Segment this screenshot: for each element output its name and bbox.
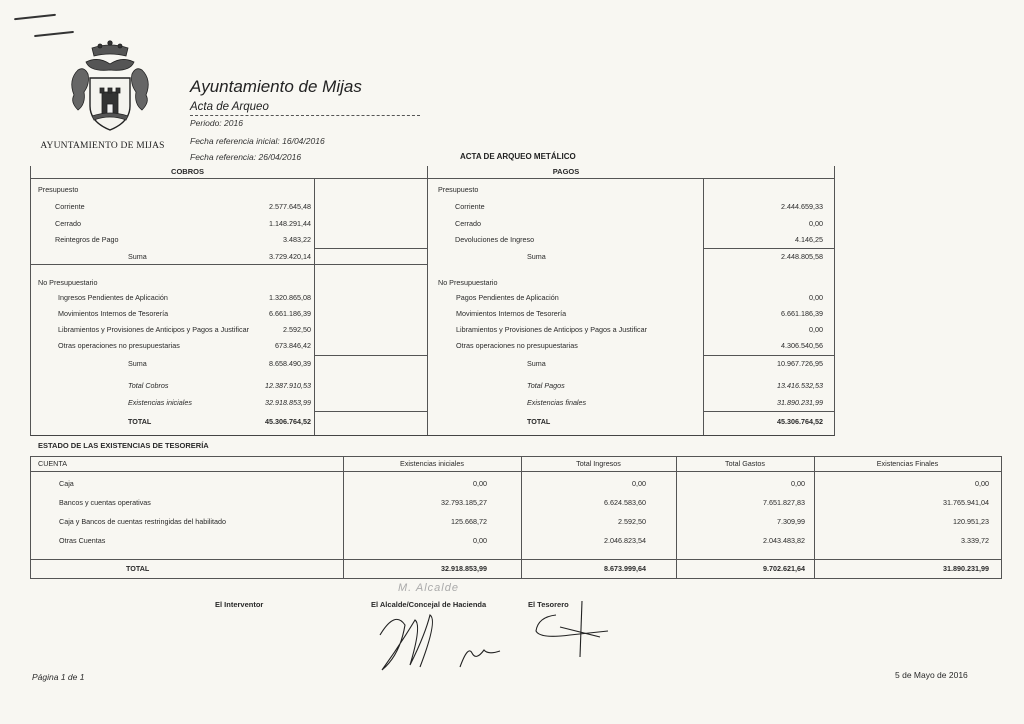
total-pagos-label: Total Pagos bbox=[527, 381, 565, 391]
arqueo-table: COBROS PAGOS Presupuesto Corriente 2.577… bbox=[30, 166, 835, 436]
divider bbox=[521, 457, 522, 578]
col-header-cuenta: CUENTA bbox=[38, 457, 67, 471]
tesoreria-cuenta: Bancos y cuentas operativas bbox=[59, 498, 151, 508]
coat-of-arms-logo bbox=[60, 40, 160, 140]
cobros-row-label: Movimientos Internos de Tesorería bbox=[58, 309, 168, 319]
cobros-row-label: Libramientos y Provisiones de Anticipos … bbox=[58, 325, 249, 335]
divider bbox=[315, 411, 427, 412]
logo-caption: AYUNTAMIENTO DE MIJAS bbox=[30, 141, 175, 151]
tesoreria-total-iniciales: 32.918.853,99 bbox=[441, 564, 487, 574]
pagos-row-label: Pagos Pendientes de Aplicación bbox=[456, 293, 559, 303]
tesoreria-gastos: 2.043.483,82 bbox=[763, 536, 805, 546]
tesoreria-gastos: 0,00 bbox=[791, 479, 805, 489]
cobros-header: COBROS bbox=[31, 166, 344, 178]
divider bbox=[814, 457, 815, 578]
cobros-total-value: 45.306.764,52 bbox=[265, 417, 311, 427]
tesoreria-ingresos: 2.592,50 bbox=[618, 517, 646, 527]
tesoreria-finales: 31.765.941,04 bbox=[943, 498, 989, 508]
divider bbox=[703, 178, 704, 435]
pagos-total-value: 45.306.764,52 bbox=[777, 417, 823, 427]
cobros-suma-label: Suma bbox=[128, 252, 147, 262]
divider bbox=[31, 178, 834, 179]
pagos-row-value: 4.146,25 bbox=[795, 235, 823, 245]
tesoreria-iniciales: 0,00 bbox=[473, 479, 487, 489]
divider bbox=[31, 559, 1001, 560]
cobros-suma-value: 8.658.490,39 bbox=[269, 359, 311, 369]
pagos-suma-label: Suma bbox=[527, 252, 546, 262]
cobros-total-label: TOTAL bbox=[128, 417, 151, 427]
divider bbox=[315, 248, 427, 249]
handwritten-signatures bbox=[360, 595, 620, 685]
divider bbox=[704, 355, 834, 356]
cobros-row-value: 2.577.645,48 bbox=[269, 202, 311, 212]
existencias-iniciales-label: Existencias iniciales bbox=[128, 398, 192, 408]
divider bbox=[31, 471, 1001, 472]
pagos-row-label: Libramientos y Provisiones de Anticipos … bbox=[456, 325, 647, 335]
scan-mark bbox=[34, 31, 74, 37]
cobros-row-value: 1.148.291,44 bbox=[269, 219, 311, 229]
tesoreria-ingresos: 0,00 bbox=[632, 479, 646, 489]
title-underline bbox=[190, 115, 420, 116]
tesoreria-finales: 120.951,23 bbox=[953, 517, 989, 527]
cobros-suma-value: 3.729.420,14 bbox=[269, 252, 311, 262]
cobros-row-value: 6.661.186,39 bbox=[269, 309, 311, 319]
cobros-row-value: 1.320.865,08 bbox=[269, 293, 311, 303]
pagos-presupuesto-label: Presupuesto bbox=[438, 185, 478, 195]
cobros-suma-label: Suma bbox=[128, 359, 147, 369]
pagos-row-label: Corriente bbox=[455, 202, 485, 212]
pagos-no-presupuestario-label: No Presupuestario bbox=[438, 278, 498, 288]
total-pagos-value: 13.416.532,53 bbox=[777, 381, 823, 391]
period: Periodo: 2016 bbox=[190, 118, 243, 128]
pagos-row-label: Otras operaciones no presupuestarias bbox=[456, 341, 578, 351]
cobros-row-label: Otras operaciones no presupuestarias bbox=[58, 341, 180, 351]
cobros-row-label: Reintegros de Pago bbox=[55, 235, 119, 245]
divider bbox=[31, 264, 427, 265]
cobros-presupuesto-label: Presupuesto bbox=[38, 185, 78, 195]
pagos-header: PAGOS bbox=[431, 166, 701, 178]
tesoreria-ingresos: 2.046.823,54 bbox=[604, 536, 646, 546]
col-header-total-gastos: Total Gastos bbox=[676, 457, 814, 471]
total-cobros-value: 12.387.910,53 bbox=[265, 381, 311, 391]
cobros-row-value: 2.592,50 bbox=[283, 325, 311, 335]
tesoreria-total-gastos: 9.702.621,64 bbox=[763, 564, 805, 574]
pagos-row-value: 2.444.659,33 bbox=[781, 202, 823, 212]
divider bbox=[314, 178, 315, 435]
divider bbox=[427, 166, 428, 435]
tesoreria-iniciales: 125.668,72 bbox=[451, 517, 487, 527]
pagos-row-value: 4.306.540,56 bbox=[781, 341, 823, 351]
pagos-row-label: Movimientos Internos de Tesorería bbox=[456, 309, 566, 319]
cobros-row-label: Corriente bbox=[55, 202, 85, 212]
pagos-suma-value: 2.448.805,58 bbox=[781, 252, 823, 262]
pagos-row-label: Cerrado bbox=[455, 219, 481, 229]
document-date: 5 de Mayo de 2016 bbox=[895, 670, 968, 680]
tesoreria-table: CUENTA Existencias iniciales Total Ingre… bbox=[30, 456, 1002, 579]
fecha-referencia-inicial: Fecha referencia inicial: 16/04/2016 bbox=[190, 136, 325, 146]
tesoreria-iniciales: 0,00 bbox=[473, 536, 487, 546]
pagos-row-value: 6.661.186,39 bbox=[781, 309, 823, 319]
organization-title: Ayuntamiento de Mijas bbox=[190, 77, 362, 97]
fecha-referencia: Fecha referencia: 26/04/2016 bbox=[190, 152, 301, 162]
signature-label-interventor: El Interventor bbox=[215, 600, 263, 609]
pagos-row-label: Devoluciones de Ingreso bbox=[455, 235, 534, 245]
tesoreria-finales: 0,00 bbox=[975, 479, 989, 489]
divider bbox=[704, 248, 834, 249]
pagos-row-value: 0,00 bbox=[809, 219, 823, 229]
existencias-finales-value: 31.890.231,99 bbox=[777, 398, 823, 408]
pagos-total-label: TOTAL bbox=[527, 417, 550, 427]
tesoreria-ingresos: 6.624.583,60 bbox=[604, 498, 646, 508]
cobros-row-label: Cerrado bbox=[55, 219, 81, 229]
tesoreria-finales: 3.339,72 bbox=[961, 536, 989, 546]
report-title: ACTA DE ARQUEO METÁLICO bbox=[460, 152, 576, 161]
existencias-iniciales-value: 32.918.853,99 bbox=[265, 398, 311, 408]
tesoreria-cuenta: Caja y Bancos de cuentas restringidas de… bbox=[59, 517, 226, 527]
tesoreria-gastos: 7.651.827,83 bbox=[763, 498, 805, 508]
pagos-suma-value: 10.967.726,95 bbox=[777, 359, 823, 369]
handwritten-name: M. Alcalde bbox=[398, 582, 459, 594]
tesoreria-iniciales: 32.793.185,27 bbox=[441, 498, 487, 508]
pagos-row-value: 0,00 bbox=[809, 293, 823, 303]
tesoreria-cuenta: Otras Cuentas bbox=[59, 536, 105, 546]
existencias-finales-label: Existencias finales bbox=[527, 398, 586, 408]
divider bbox=[315, 355, 427, 356]
cobros-row-label: Ingresos Pendientes de Aplicación bbox=[58, 293, 168, 303]
tesoreria-total-ingresos: 8.673.999,64 bbox=[604, 564, 646, 574]
col-header-existencias-iniciales: Existencias iniciales bbox=[343, 457, 521, 471]
page-number: Página 1 de 1 bbox=[32, 672, 84, 682]
col-header-total-ingresos: Total Ingresos bbox=[521, 457, 676, 471]
tesoreria-total-finales: 31.890.231,99 bbox=[943, 564, 989, 574]
pagos-row-value: 0,00 bbox=[809, 325, 823, 335]
document-title: Acta de Arqueo bbox=[190, 101, 269, 113]
total-cobros-label: Total Cobros bbox=[128, 381, 169, 391]
cobros-no-presupuestario-label: No Presupuestario bbox=[38, 278, 98, 288]
tesoreria-total-label: TOTAL bbox=[126, 564, 149, 574]
cobros-row-value: 673.846,42 bbox=[275, 341, 311, 351]
tesoreria-gastos: 7.309,99 bbox=[777, 517, 805, 527]
pagos-suma-label: Suma bbox=[527, 359, 546, 369]
divider bbox=[704, 411, 834, 412]
cobros-row-value: 3.483,22 bbox=[283, 235, 311, 245]
divider bbox=[676, 457, 677, 578]
scan-mark bbox=[14, 14, 56, 20]
col-header-existencias-finales: Existencias Finales bbox=[814, 457, 1001, 471]
tesoreria-section-title: ESTADO DE LAS EXISTENCIAS DE TESORERÍA bbox=[38, 441, 209, 450]
divider bbox=[343, 457, 344, 578]
tesoreria-cuenta: Caja bbox=[59, 479, 74, 489]
